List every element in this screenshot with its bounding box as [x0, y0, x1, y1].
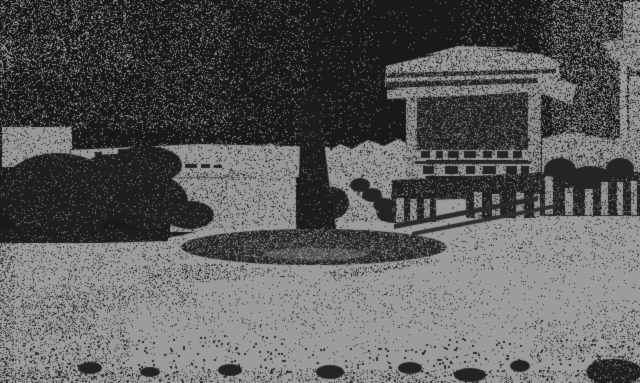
screenshot-root	[0, 0, 640, 383]
dithered-photo-canvas	[0, 0, 640, 383]
